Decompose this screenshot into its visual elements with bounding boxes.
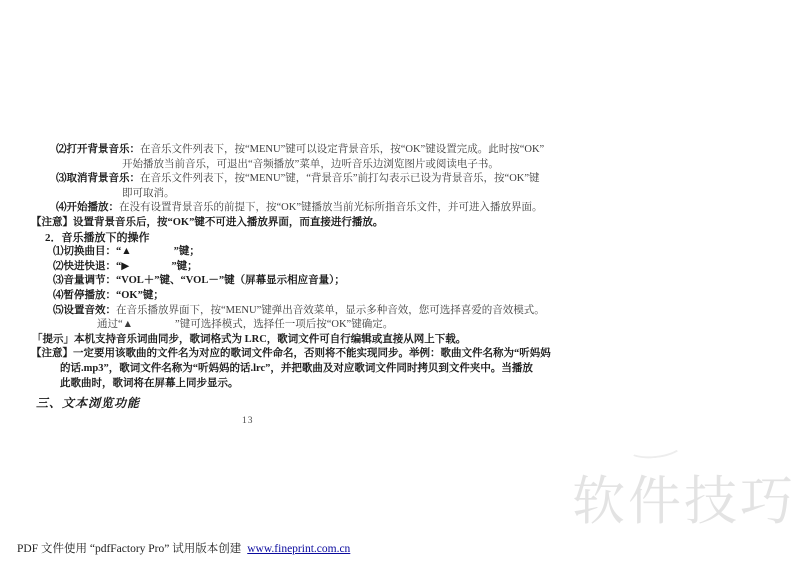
doc-line: 2．音乐播放下的操作	[45, 231, 800, 246]
line-text: “VOL＋”键、“VOL－”键（屏幕显示相应音量）；	[116, 275, 345, 286]
line-label: 【注意】	[31, 348, 73, 359]
doc-line: ⑷暂停播放：“OK”键；	[53, 289, 800, 304]
line-text: 三、文本浏览功能	[36, 396, 140, 410]
line-label: ⑴切换曲目：	[53, 246, 116, 257]
line-text: 的话.mp3”，歌词文件名称为“听妈妈的话.lrc”，并把歌曲及对应歌词文件同时…	[60, 363, 533, 374]
doc-line: ⑸设置音效：在音乐播放界面下，按“MENU”键弹出音效菜单，显示多种音效，您可选…	[53, 304, 800, 319]
line-text: “OK”键；	[116, 290, 164, 301]
line-text: 2．音乐播放下的操作	[45, 232, 150, 244]
doc-line: 「提示」本机支持音乐词曲同步，歌词格式为 LRC，歌词文件可自行编辑或直接从网上…	[32, 333, 800, 348]
doc-line: 【注意】设置背景音乐后，按“OK”键不可进入播放界面，而直接进行播放。	[31, 216, 800, 231]
line-text: “▶ ”键；	[116, 261, 198, 272]
pdf-footer: PDF 文件使用 “pdfFactory Pro” 试用版本创建www.fine…	[17, 540, 350, 556]
line-label: ⑶取消背景音乐：	[56, 173, 140, 184]
doc-line: ⑶取消背景音乐：在音乐文件列表下，按“MENU”键，“背景音乐”前打勾表示已设为…	[56, 172, 800, 187]
doc-line: 【注意】一定要用该歌曲的文件名为对应的歌词文件命名，否则将不能实现同步。举例：歌…	[31, 347, 800, 362]
line-label: ⑷暂停播放：	[53, 290, 116, 301]
page-number: 13	[242, 416, 254, 426]
doc-line: ⑷开始播放：在没有设置背景音乐的前提下，按“OK”键播放当前光标所指音乐文件，并…	[56, 201, 800, 216]
doc-line: 通过“▲ ”键可选择模式，选择任一项后按“OK”键确定。	[97, 318, 800, 333]
doc-line: 的话.mp3”，歌词文件名称为“听妈妈的话.lrc”，并把歌曲及对应歌词文件同时…	[60, 362, 800, 377]
watermark-swoosh-decoration	[627, 435, 683, 461]
line-label: 【注意】	[31, 217, 73, 228]
doc-line: ⑵快进快退：“▶ ”键；	[53, 260, 800, 275]
pdf-footer-text: PDF 文件使用 “pdfFactory Pro” 试用版本创建	[17, 543, 241, 555]
watermark-text: 软件技巧	[572, 470, 796, 534]
line-text: 在音乐文件列表下，按“MENU”键，“背景音乐”前打勾表示已设为背景音乐，按“O…	[140, 173, 540, 184]
line-text: 本机支持音乐词曲同步，歌词格式为 LRC，歌词文件可自行编辑或直接从网上下载。	[74, 334, 466, 345]
document-body: ⑵打开背景音乐：在音乐文件列表下，按“MENU”键可以设定背景音乐，按“OK”键…	[0, 143, 800, 411]
doc-line: 三、文本浏览功能	[36, 396, 800, 411]
line-text: 通过“▲ ”键可选择模式，选择任一项后按“OK”键确定。	[97, 319, 393, 330]
doc-line: 此歌曲时，歌词将在屏幕上同步显示。	[60, 377, 800, 392]
line-text: 在音乐文件列表下，按“MENU”键可以设定背景音乐，按“OK”键设置完成。此时按…	[140, 144, 544, 155]
line-text: 在没有设置背景音乐的前提下，按“OK”键播放当前光标所指音乐文件，并可进入播放界…	[119, 202, 543, 213]
line-label: ⑸设置音效：	[53, 305, 116, 316]
line-text: 在音乐播放界面下，按“MENU”键弹出音效菜单，显示多种音效，您可选择喜爱的音效…	[116, 305, 545, 316]
line-label: ⑵快进快退：	[53, 261, 116, 272]
doc-line: 即可取消。	[122, 187, 800, 202]
doc-line: 开始播放当前音乐，可退出“音频播放”菜单，边听音乐边浏览图片或阅读电子书。	[122, 158, 800, 173]
line-text: “▲ ”键；	[116, 246, 200, 257]
line-text: 此歌曲时，歌词将在屏幕上同步显示。	[60, 378, 239, 389]
line-text: 即可取消。	[122, 188, 175, 199]
line-text: 一定要用该歌曲的文件名为对应的歌词文件命名，否则将不能实现同步。举例：歌曲文件名…	[73, 348, 551, 359]
doc-line: ⑶音量调节：“VOL＋”键、“VOL－”键（屏幕显示相应音量）；	[53, 274, 800, 289]
document-page: ⑵打开背景音乐：在音乐文件列表下，按“MENU”键可以设定背景音乐，按“OK”键…	[0, 0, 800, 566]
doc-line: ⑴切换曲目：“▲ ”键；	[53, 245, 800, 260]
line-label: ⑵打开背景音乐：	[56, 144, 140, 155]
line-label: ⑶音量调节：	[53, 275, 116, 286]
line-text: 开始播放当前音乐，可退出“音频播放”菜单，边听音乐边浏览图片或阅读电子书。	[122, 159, 499, 170]
line-label: ⑷开始播放：	[56, 202, 119, 213]
doc-line: ⑵打开背景音乐：在音乐文件列表下，按“MENU”键可以设定背景音乐，按“OK”键…	[56, 143, 800, 158]
line-text: 设置背景音乐后，按“OK”键不可进入播放界面，而直接进行播放。	[73, 217, 383, 228]
fineprint-link[interactable]: www.fineprint.com.cn	[247, 543, 350, 555]
line-label: 「提示」	[32, 334, 74, 345]
